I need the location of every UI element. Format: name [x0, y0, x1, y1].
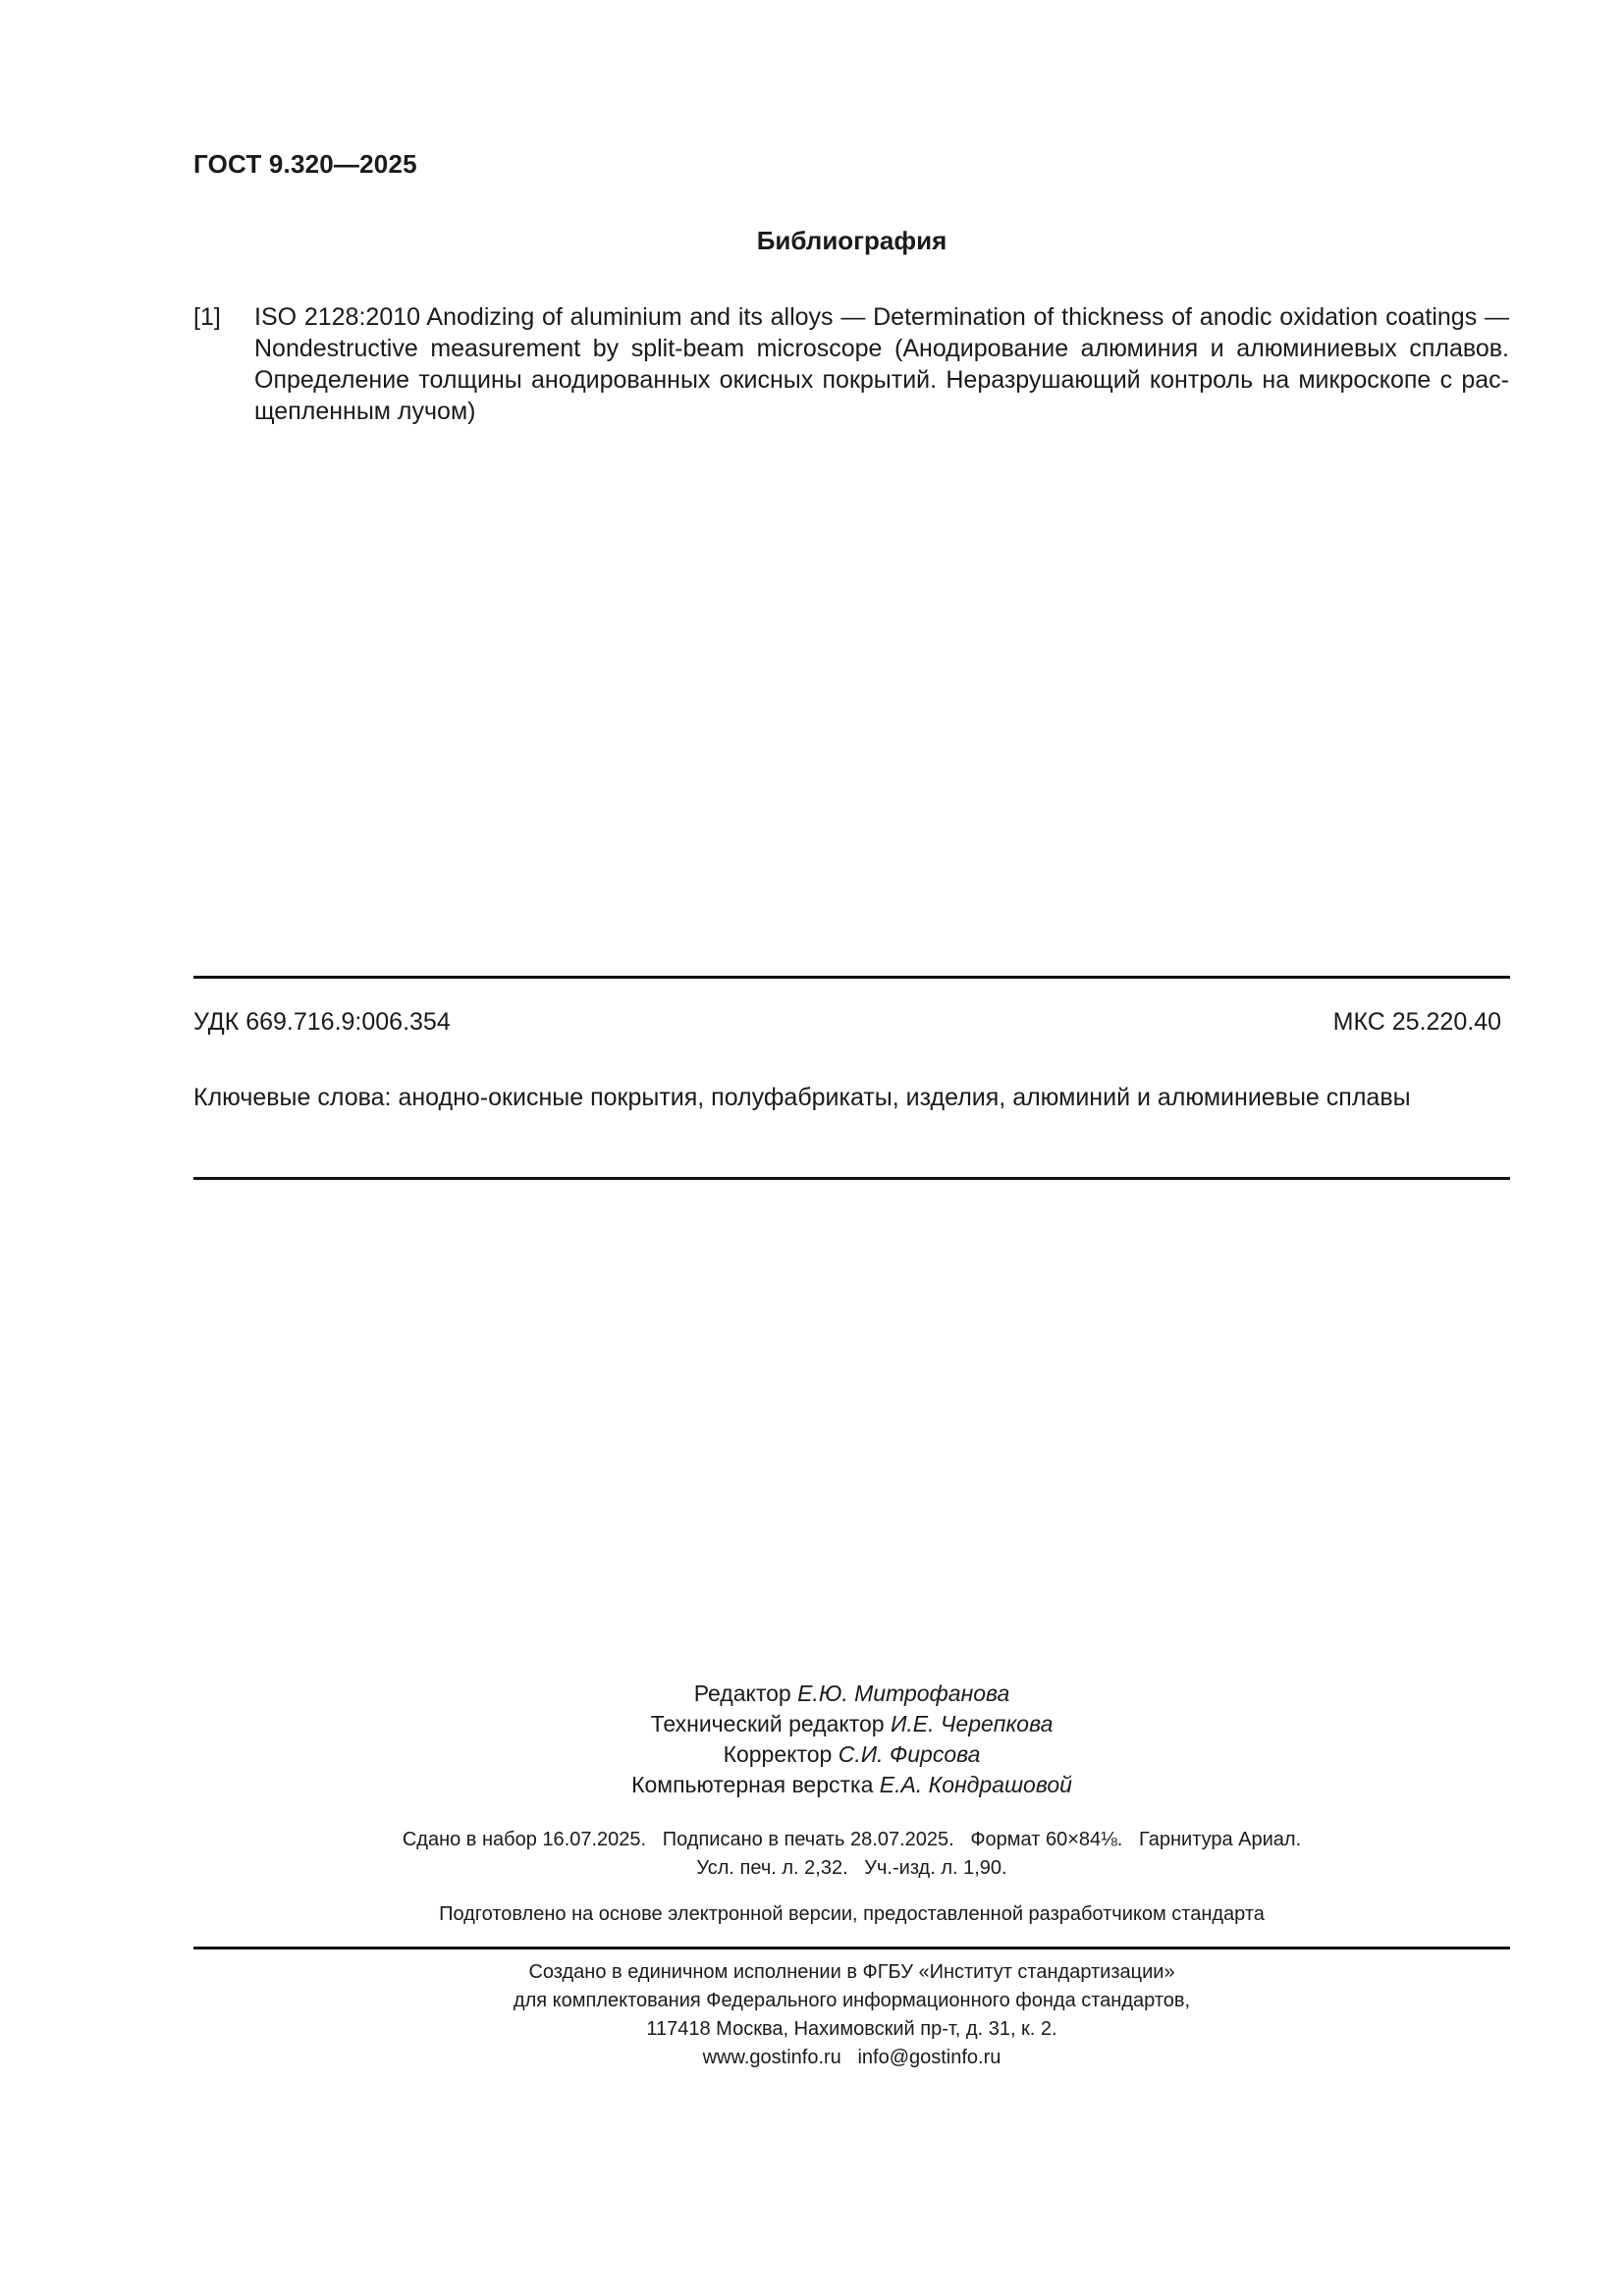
prepared-note: Подготовлено на основе электронной верси…: [0, 1903, 1624, 1926]
divider-bottom: [193, 1177, 1510, 1180]
credit-name: Е.А. Кондрашовой: [880, 1772, 1072, 1797]
publisher-contacts: www.gostinfo.ru info@gostinfo.ru: [0, 2044, 1624, 2072]
bibliography-entry-number: [1]: [193, 301, 221, 333]
publisher-line2: для комплектования Федерального информац…: [0, 1987, 1624, 2015]
document-id: ГОСТ 9.320—2025: [193, 149, 417, 180]
credit-editor: Редактор Е.Ю. Митрофанова: [0, 1679, 1624, 1709]
credit-proofreader: Корректор С.И. Фирсова: [0, 1739, 1624, 1770]
credit-name: И.Е. Черепкова: [891, 1711, 1053, 1736]
credit-name: С.И. Фирсова: [839, 1741, 981, 1767]
credit-tech-editor: Технический редактор И.Е. Черепкова: [0, 1709, 1624, 1739]
credit-name: Е.Ю. Митрофанова: [797, 1681, 1009, 1706]
bibliography-entry-text: ISO 2128:2010 Anodizing of aluminium and…: [254, 301, 1509, 427]
bibliography-entry: [1] ISO 2128:2010 Anodizing of aluminium…: [193, 301, 1509, 427]
bibliography-title: Библиография: [0, 226, 1624, 256]
print-info: Сдано в набор 16.07.2025. Подписано в пе…: [0, 1826, 1624, 1883]
divider-publisher: [193, 1947, 1510, 1949]
mks-code: МКС 25.220.40: [1333, 1008, 1501, 1037]
credit-layout: Компьютерная верстка Е.А. Кондрашовой: [0, 1770, 1624, 1800]
print-info-line1: Сдано в набор 16.07.2025. Подписано в пе…: [0, 1826, 1624, 1854]
website-link[interactable]: www.gostinfo.ru: [703, 2047, 841, 2068]
publisher-block: Создано в единичном исполнении в ФГБУ «И…: [0, 1958, 1624, 2072]
publisher-address: 117418 Москва, Нахимовский пр-т, д. 31, …: [0, 2015, 1624, 2044]
udk-code: УДК 669.716.9:006.354: [193, 1008, 451, 1037]
print-info-line2: Усл. печ. л. 2,32. Уч.-изд. л. 1,90.: [0, 1854, 1624, 1883]
publisher-line1: Создано в единичном исполнении в ФГБУ «И…: [0, 1958, 1624, 1987]
email-link[interactable]: info@gostinfo.ru: [857, 2047, 1001, 2068]
credits-block: Редактор Е.Ю. Митрофанова Технический ре…: [0, 1679, 1624, 1800]
keywords: Ключевые слова: анодно-окисные покрытия,…: [193, 1081, 1510, 1114]
divider-top: [193, 976, 1510, 979]
